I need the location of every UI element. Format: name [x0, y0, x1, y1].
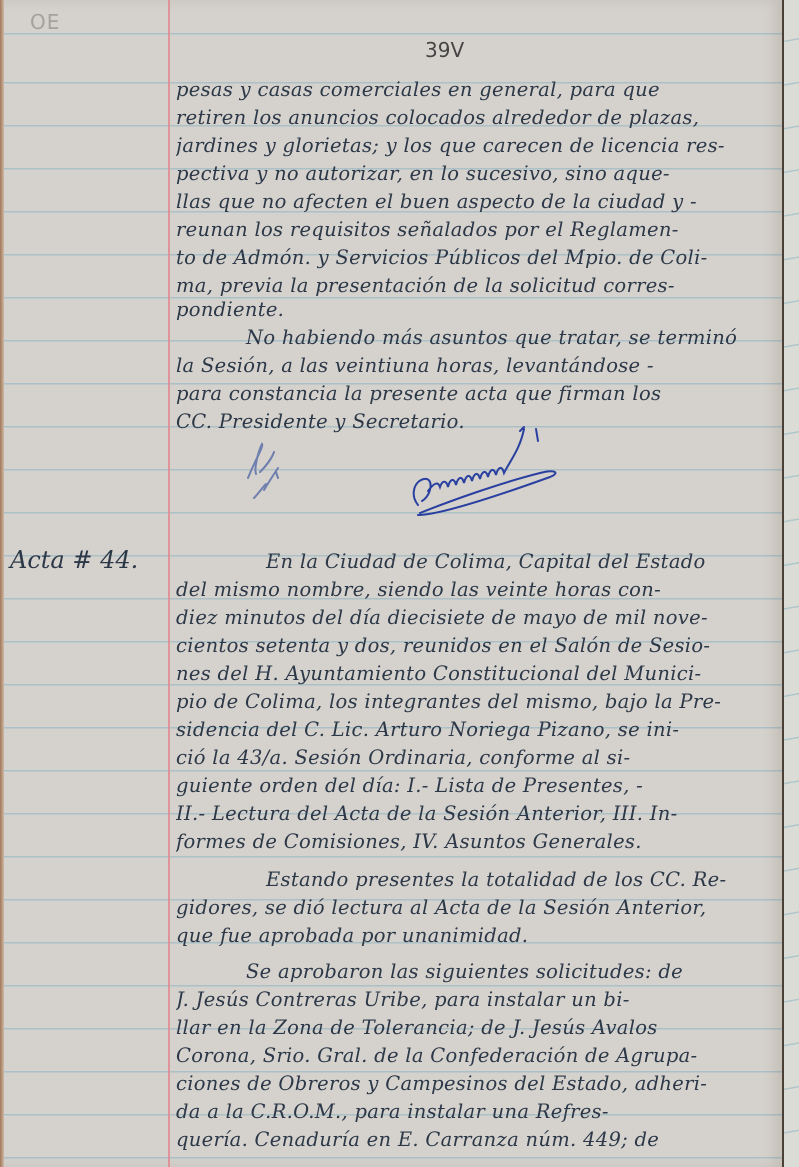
- text-line: En la Ciudad de Colima, Capital del Esta…: [176, 548, 776, 576]
- corner-mark: OE: [30, 10, 60, 34]
- text-line: to de Admón. y Servicios Públicos del Mp…: [176, 244, 776, 272]
- text-line: Se aprobaron las siguientes solicitudes:…: [176, 958, 776, 986]
- text-line: nes del H. Ayuntamiento Constitucional d…: [176, 660, 776, 688]
- text-line: Estando presentes la totalidad de los CC…: [176, 866, 776, 894]
- signature-president-icon: [400, 425, 580, 525]
- folio-number: 39V: [425, 38, 464, 62]
- text-line: que fue aprobada por unanimidad.: [176, 922, 776, 950]
- text-line: II.- Lectura del Acta de la Sesión Anter…: [176, 800, 776, 828]
- text-line: gidores, se dió lectura al Acta de la Se…: [176, 894, 776, 922]
- binding-edge: [0, 0, 4, 1167]
- text-line: pondiente.: [176, 296, 776, 324]
- text-line: pectiva y no autorizar, en lo sucesivo, …: [176, 160, 776, 188]
- text-line: diez minutos del día diecisiete de mayo …: [176, 604, 776, 632]
- text-line: ciones de Obreros y Campesinos del Estad…: [176, 1070, 776, 1098]
- text-line: para constancia la presente acta que fir…: [176, 380, 776, 408]
- text-line: cientos setenta y dos, reunidos en el Sa…: [176, 632, 776, 660]
- text-line: jardines y glorietas; y los que carecen …: [176, 132, 776, 160]
- text-line: J. Jesús Contreras Uribe, para instalar …: [176, 986, 776, 1014]
- text-line: quería. Cenaduría en E. Carranza núm. 44…: [176, 1126, 776, 1154]
- text-line: pio de Colima, los integrantes del mismo…: [176, 688, 776, 716]
- text-line: Corona, Srio. Gral. de la Confederación …: [176, 1042, 776, 1070]
- text-line: llar en la Zona de Tolerancia; de J. Jes…: [176, 1014, 776, 1042]
- text-line: guiente orden del día: I.- Lista de Pres…: [176, 772, 776, 800]
- text-line: formes de Comisiones, IV. Asuntos Genera…: [176, 828, 776, 856]
- text-line: del mismo nombre, siendo las veinte hora…: [176, 576, 776, 604]
- margin-line: [168, 0, 170, 1167]
- text-line: ció la 43/a. Sesión Ordinaria, conforme …: [176, 744, 776, 772]
- notebook-page: OE 39V pesas y casas comerciales en gene…: [0, 0, 784, 1167]
- acta-heading: Acta # 44.: [10, 546, 138, 574]
- text-line: No habiendo más asuntos que tratar, se t…: [176, 324, 776, 352]
- text-line: la Sesión, a las veintiuna horas, levant…: [176, 352, 776, 380]
- text-line: llas que no afecten el buen aspecto de l…: [176, 188, 776, 216]
- text-line: retiren los anuncios colocados alrededor…: [176, 104, 776, 132]
- signature-initials-icon: [236, 438, 296, 508]
- text-line: pesas y casas comerciales en general, pa…: [176, 76, 776, 104]
- text-line: reunan los requisitos señalados por el R…: [176, 216, 776, 244]
- text-line: sidencia del C. Lic. Arturo Noriega Piza…: [176, 716, 776, 744]
- adjacent-page-edge: [784, 0, 799, 1167]
- text-line: da a la C.R.O.M., para instalar una Refr…: [176, 1098, 776, 1126]
